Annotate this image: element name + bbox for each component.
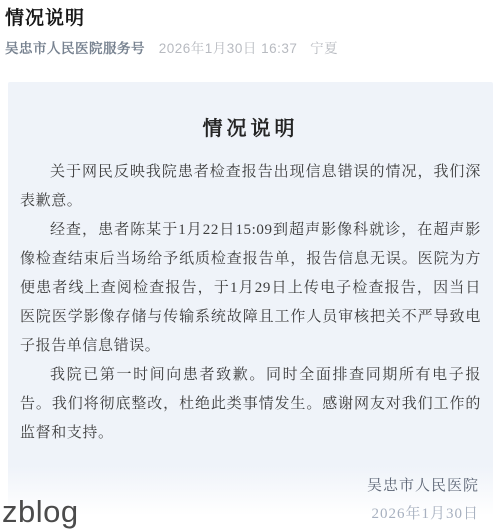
- notice-paragraph-1: 关于网民反映我院患者检查报告出现信息错误的情况，我们深表歉意。: [20, 158, 481, 216]
- article-title: 情况说明: [5, 7, 490, 31]
- notice-title: 情况说明: [20, 116, 481, 142]
- account-name-link[interactable]: 吴忠市人民医院服务号: [5, 41, 145, 56]
- watermark-zblog: zblog: [2, 496, 79, 527]
- signature-name: 吴忠市人民医院: [20, 472, 479, 500]
- publish-datetime: 2026年1月30日 16:37: [159, 41, 298, 56]
- signature-date: 2026年1月30日: [20, 500, 479, 528]
- article-page: 情况说明 吴忠市人民医院服务号 2026年1月30日 16:37 宁夏 情况说明…: [0, 0, 500, 529]
- publish-location: 宁夏: [310, 41, 338, 56]
- notice-paragraph-2: 经查，患者陈某于1月22日15:09到超声影像科就诊，在超声影像检查结束后当场给…: [20, 216, 481, 361]
- signature-block: 吴忠市人民医院 2026年1月30日: [20, 472, 481, 528]
- article-header: 情况说明 吴忠市人民医院服务号 2026年1月30日 16:37 宁夏: [0, 0, 500, 57]
- notice-card: 情况说明 关于网民反映我院患者检查报告出现信息错误的情况，我们深表歉意。 经查，…: [8, 82, 493, 529]
- notice-paragraph-3: 我院已第一时间向患者致歉。同时全面排查同期所有电子报告。我们将彻底整改，杜绝此类…: [20, 361, 481, 448]
- article-meta: 吴忠市人民医院服务号 2026年1月30日 16:37 宁夏: [5, 41, 490, 57]
